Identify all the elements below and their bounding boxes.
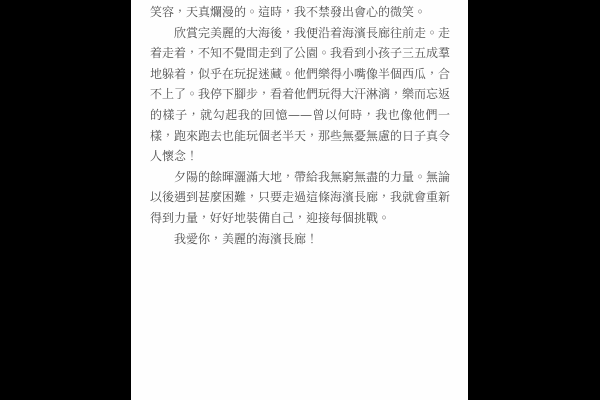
paragraph: 欣賞完美麗的大海後，我便沿着海濱長廊往前走。走着走着，不知不覺間走到了公園。我看… [150, 23, 450, 167]
paragraph: 夕陽的餘暉灑滿大地，帶給我無窮無盡的力量。無論以後遇到甚麼困難，只要走過這條海濱… [150, 167, 450, 229]
paragraph-continuation: 笑容，天真爛漫的。這時，我不禁發出會心的微笑。 [150, 2, 450, 23]
paragraph-closing: 我愛你，美麗的海濱長廊！ [150, 229, 450, 250]
viewer-background: 笑容，天真爛漫的。這時，我不禁發出會心的微笑。 欣賞完美麗的大海後，我便沿着海濱… [0, 0, 600, 400]
document-page: 笑容，天真爛漫的。這時，我不禁發出會心的微笑。 欣賞完美麗的大海後，我便沿着海濱… [131, 0, 468, 400]
essay-text: 笑容，天真爛漫的。這時，我不禁發出會心的微笑。 欣賞完美麗的大海後，我便沿着海濱… [150, 2, 450, 249]
